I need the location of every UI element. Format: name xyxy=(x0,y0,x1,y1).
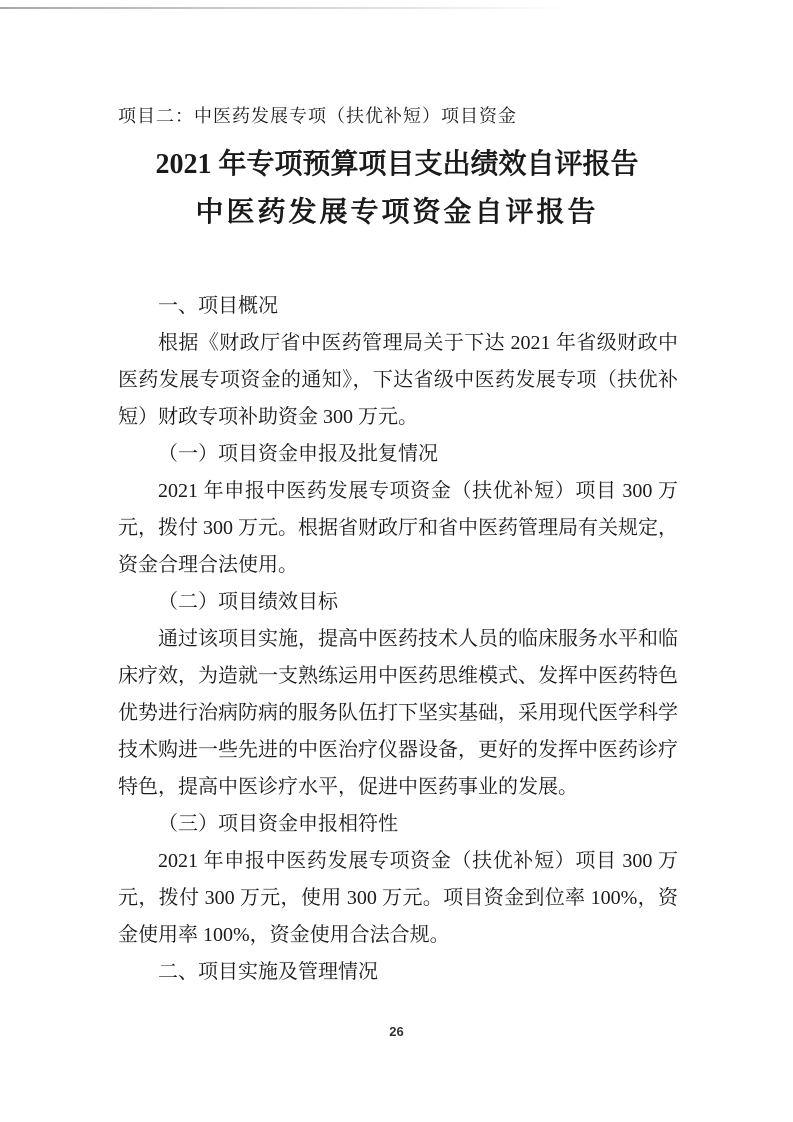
paragraph: 2021 年申报中医药发展专项资金（扶优补短）项目 300 万元，拨付 300 … xyxy=(118,473,678,584)
page-number: 26 xyxy=(0,1024,793,1039)
paragraph: 2021 年申报中医药发展专项资金（扶优补短）项目 300 万元，拨付 300 … xyxy=(118,843,678,954)
report-title-line1: 2021 年专项预算项目支出绩效自评报告 xyxy=(118,142,676,182)
paragraph: 通过该项目实施，提高中医药技术人员的临床服务水平和临床疗效，为造就一支熟练运用中… xyxy=(118,621,678,806)
paragraph: （二）项目绩效目标 xyxy=(118,584,678,621)
paragraph: （一）项目资金申报及批复情况 xyxy=(118,436,678,473)
document-body: 一、项目概况根据《财政厅省中医药管理局关于下达 2021 年省级财政中医药发展专… xyxy=(118,288,678,991)
scan-edge-line xyxy=(0,7,571,9)
paragraph: 一、项目概况 xyxy=(118,288,678,325)
paragraph: 二、项目实施及管理情况 xyxy=(118,954,678,991)
project-header-label: 项目二：中医药发展专项（扶优补短）项目资金 xyxy=(118,102,517,128)
paragraph: 根据《财政厅省中医药管理局关于下达 2021 年省级财政中医药发展专项资金的通知… xyxy=(118,325,678,436)
document-page: 项目二：中医药发展专项（扶优补短）项目资金 2021 年专项预算项目支出绩效自评… xyxy=(0,0,793,1122)
report-title-line2: 中医药发展专项资金自评报告 xyxy=(118,190,676,230)
paragraph: （三）项目资金申报相符性 xyxy=(118,806,678,843)
